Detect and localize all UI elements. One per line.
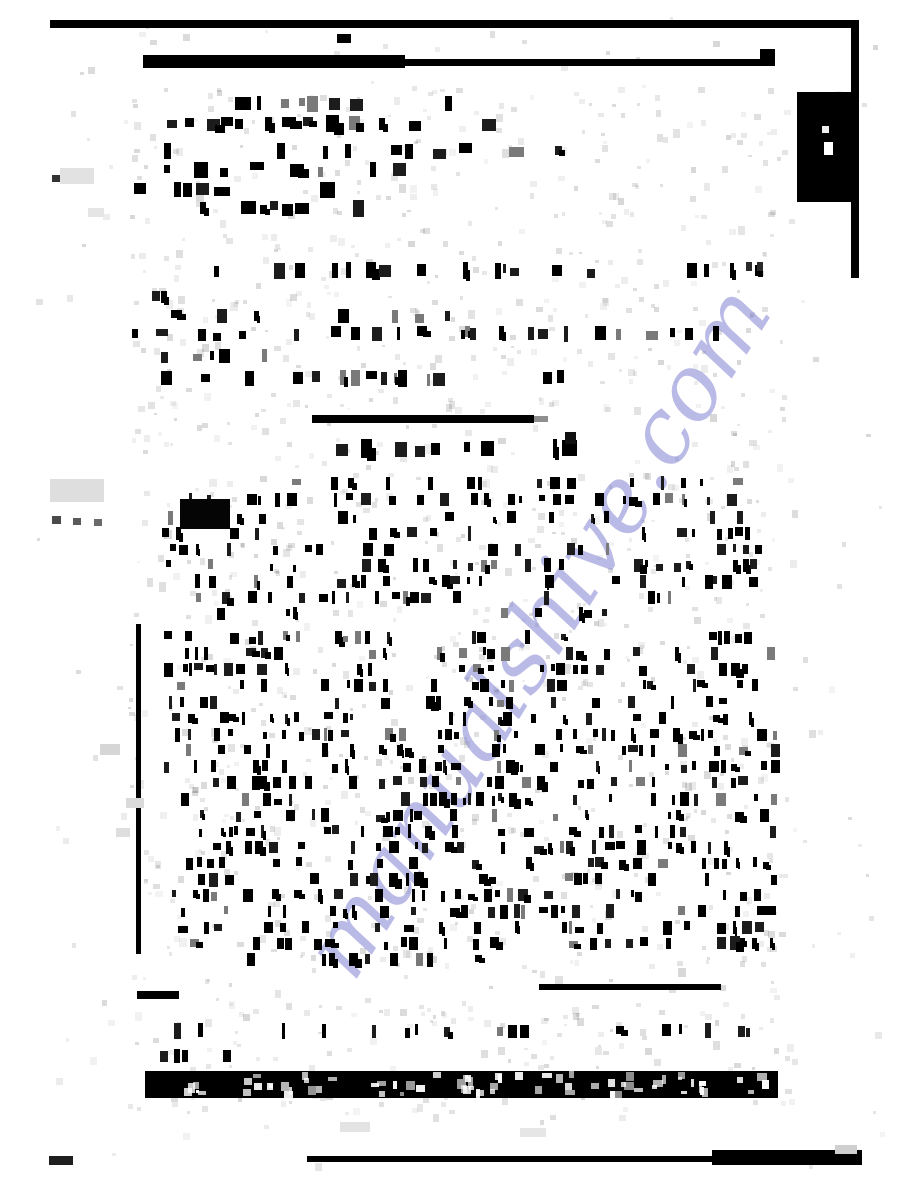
scan-stain [60,168,94,184]
scan-stain [116,828,130,837]
scan-stain [52,175,60,182]
scan-stain [126,798,144,808]
scan-stain [746,262,752,271]
scan-stain [824,142,833,155]
scan-stain [94,519,102,526]
scan-stain [50,479,104,502]
scan-stain [565,432,576,444]
scan-stain [100,744,120,755]
scan-stain [835,1145,857,1154]
scan-stain [180,499,230,529]
scan-stain [520,1128,546,1137]
scan-stain [534,416,548,422]
scan-stain [88,208,104,217]
scan-stain [52,516,61,524]
scanned-page: manualshive.com [0,0,918,1188]
scan-stain [822,126,829,133]
scan-stain [757,262,763,271]
scan-stain [73,518,81,525]
scan-stain [340,1122,370,1132]
scan-artifacts [0,0,918,1188]
